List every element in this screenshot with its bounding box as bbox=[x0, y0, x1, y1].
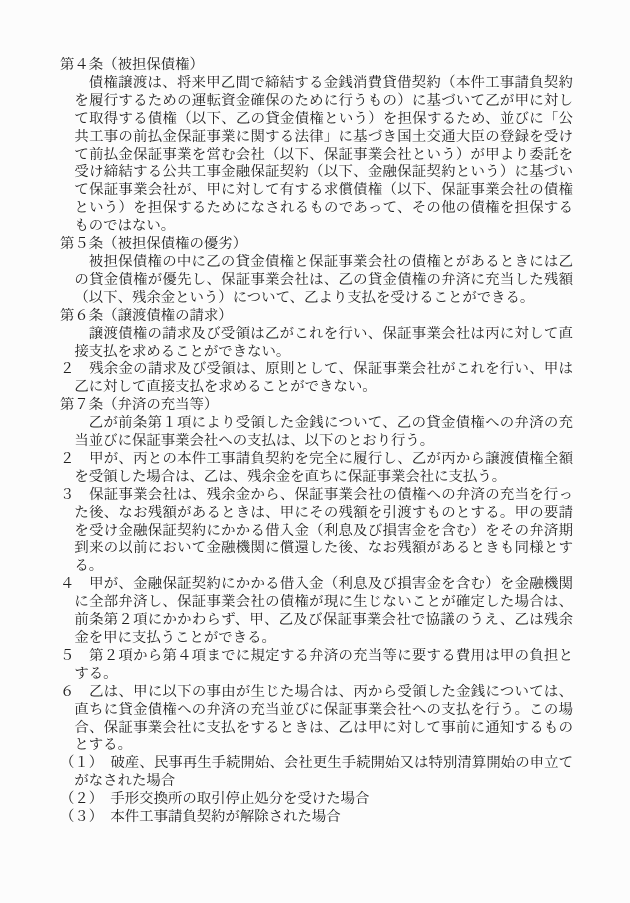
contract-document-page: 第４条（被担保債権） 債権譲渡は、将来甲乙間で締結する金銭消費貸借契約（本件工事… bbox=[0, 0, 630, 903]
article-6-paragraph-1: 譲渡債権の請求及び受領は乙がこれを行い、保証事業会社は丙に対して直接支払を求める… bbox=[60, 326, 573, 362]
clause-number: ６ bbox=[60, 684, 89, 702]
article-7-paragraph-1: 乙が前条第１項により受領した金銭について、乙の貸金債権への弁済の充当並びに保証事… bbox=[60, 415, 573, 451]
clause-text: 乙は、甲に以下の事由が生じた場合は、丙から受領した金銭については、直ちに貸金債権… bbox=[74, 684, 573, 754]
contract-text-area: 第４条（被担保債権） 債権譲渡は、将来甲乙間で締結する金銭消費貸借契約（本件工事… bbox=[60, 57, 573, 827]
article-7-clause-6: ６乙は、甲に以下の事由が生じた場合は、丙から受領した金銭については、直ちに貸金債… bbox=[60, 684, 573, 756]
subitem-number: （１） bbox=[60, 755, 110, 773]
article-5-paragraph: 被担保債権の中に乙の貸金債権と保証事業会社の債権とがあるときには乙の貸金債権が優… bbox=[60, 254, 573, 308]
subitem-number: （２） bbox=[60, 791, 110, 809]
clause-text: 保証事業会社は、残余金から、保証事業会社の債権への弁済の充当を行った後、なお残額… bbox=[74, 487, 573, 575]
article-7-clause-4: ４甲が、金融保証契約にかかる借入金（利息及び損害金を含む）を金融機関に全部弁済し… bbox=[60, 576, 573, 648]
clause-text: 甲が、金融保証契約にかかる借入金（利息及び損害金を含む）を金融機関に全部弁済し、… bbox=[74, 576, 573, 646]
article-6-heading: 第６条（譲渡債権の請求） bbox=[60, 308, 573, 326]
clause-text: 第２項から第４項までに規定する弁済の充当等に要する費用は甲の負担とする。 bbox=[74, 648, 573, 682]
clause-number: ３ bbox=[60, 487, 89, 505]
article-4-paragraph: 債権譲渡は、将来甲乙間で締結する金銭消費貸借契約（本件工事請負契約を履行するため… bbox=[60, 75, 573, 236]
subitem-text: 手形交換所の取引停止処分を受けた場合 bbox=[110, 791, 369, 807]
article-7-clause-3: ３保証事業会社は、残余金から、保証事業会社の債権への弁済の充当を行った後、なお残… bbox=[60, 487, 573, 577]
article-6-clause-2: ２残余金の請求及び受領は、原則として、保証事業会社がこれを行い、甲は乙に対して直… bbox=[60, 361, 573, 397]
article-4-heading: 第４条（被担保債権） bbox=[60, 57, 573, 75]
article-7-subitem-1: （１）破産、民事再生手続開始、会社更生手続開始又は特別清算開始の申立てがなされた… bbox=[60, 755, 573, 791]
subitem-text: 本件工事請負契約が解除された場合 bbox=[110, 809, 340, 825]
subitem-number: （３） bbox=[60, 809, 110, 827]
clause-number: ２ bbox=[60, 451, 89, 469]
clause-text: 甲が、丙との本件工事請負契約を完全に履行し、乙が丙から譲渡債権全額を受領した場合… bbox=[74, 451, 573, 485]
article-7-clause-5: ５第２項から第４項までに規定する弁済の充当等に要する費用は甲の負担とする。 bbox=[60, 648, 573, 684]
article-5-heading: 第５条（被担保債権の優劣） bbox=[60, 236, 573, 254]
clause-number: ２ bbox=[60, 361, 89, 379]
article-7-subitem-3: （３）本件工事請負契約が解除された場合 bbox=[60, 809, 573, 827]
subitem-text: 破産、民事再生手続開始、会社更生手続開始又は特別清算開始の申立てがなされた場合 bbox=[74, 755, 573, 789]
clause-number: ５ bbox=[60, 648, 89, 666]
clause-text: 残余金の請求及び受領は、原則として、保証事業会社がこれを行い、甲は乙に対して直接… bbox=[74, 361, 573, 395]
clause-number: ４ bbox=[60, 576, 89, 594]
article-7-clause-2: ２甲が、丙との本件工事請負契約を完全に履行し、乙が丙から譲渡債権全額を受領した場… bbox=[60, 451, 573, 487]
article-7-heading: 第７条（弁済の充当等） bbox=[60, 397, 573, 415]
article-7-subitem-2: （２）手形交換所の取引停止処分を受けた場合 bbox=[60, 791, 573, 809]
